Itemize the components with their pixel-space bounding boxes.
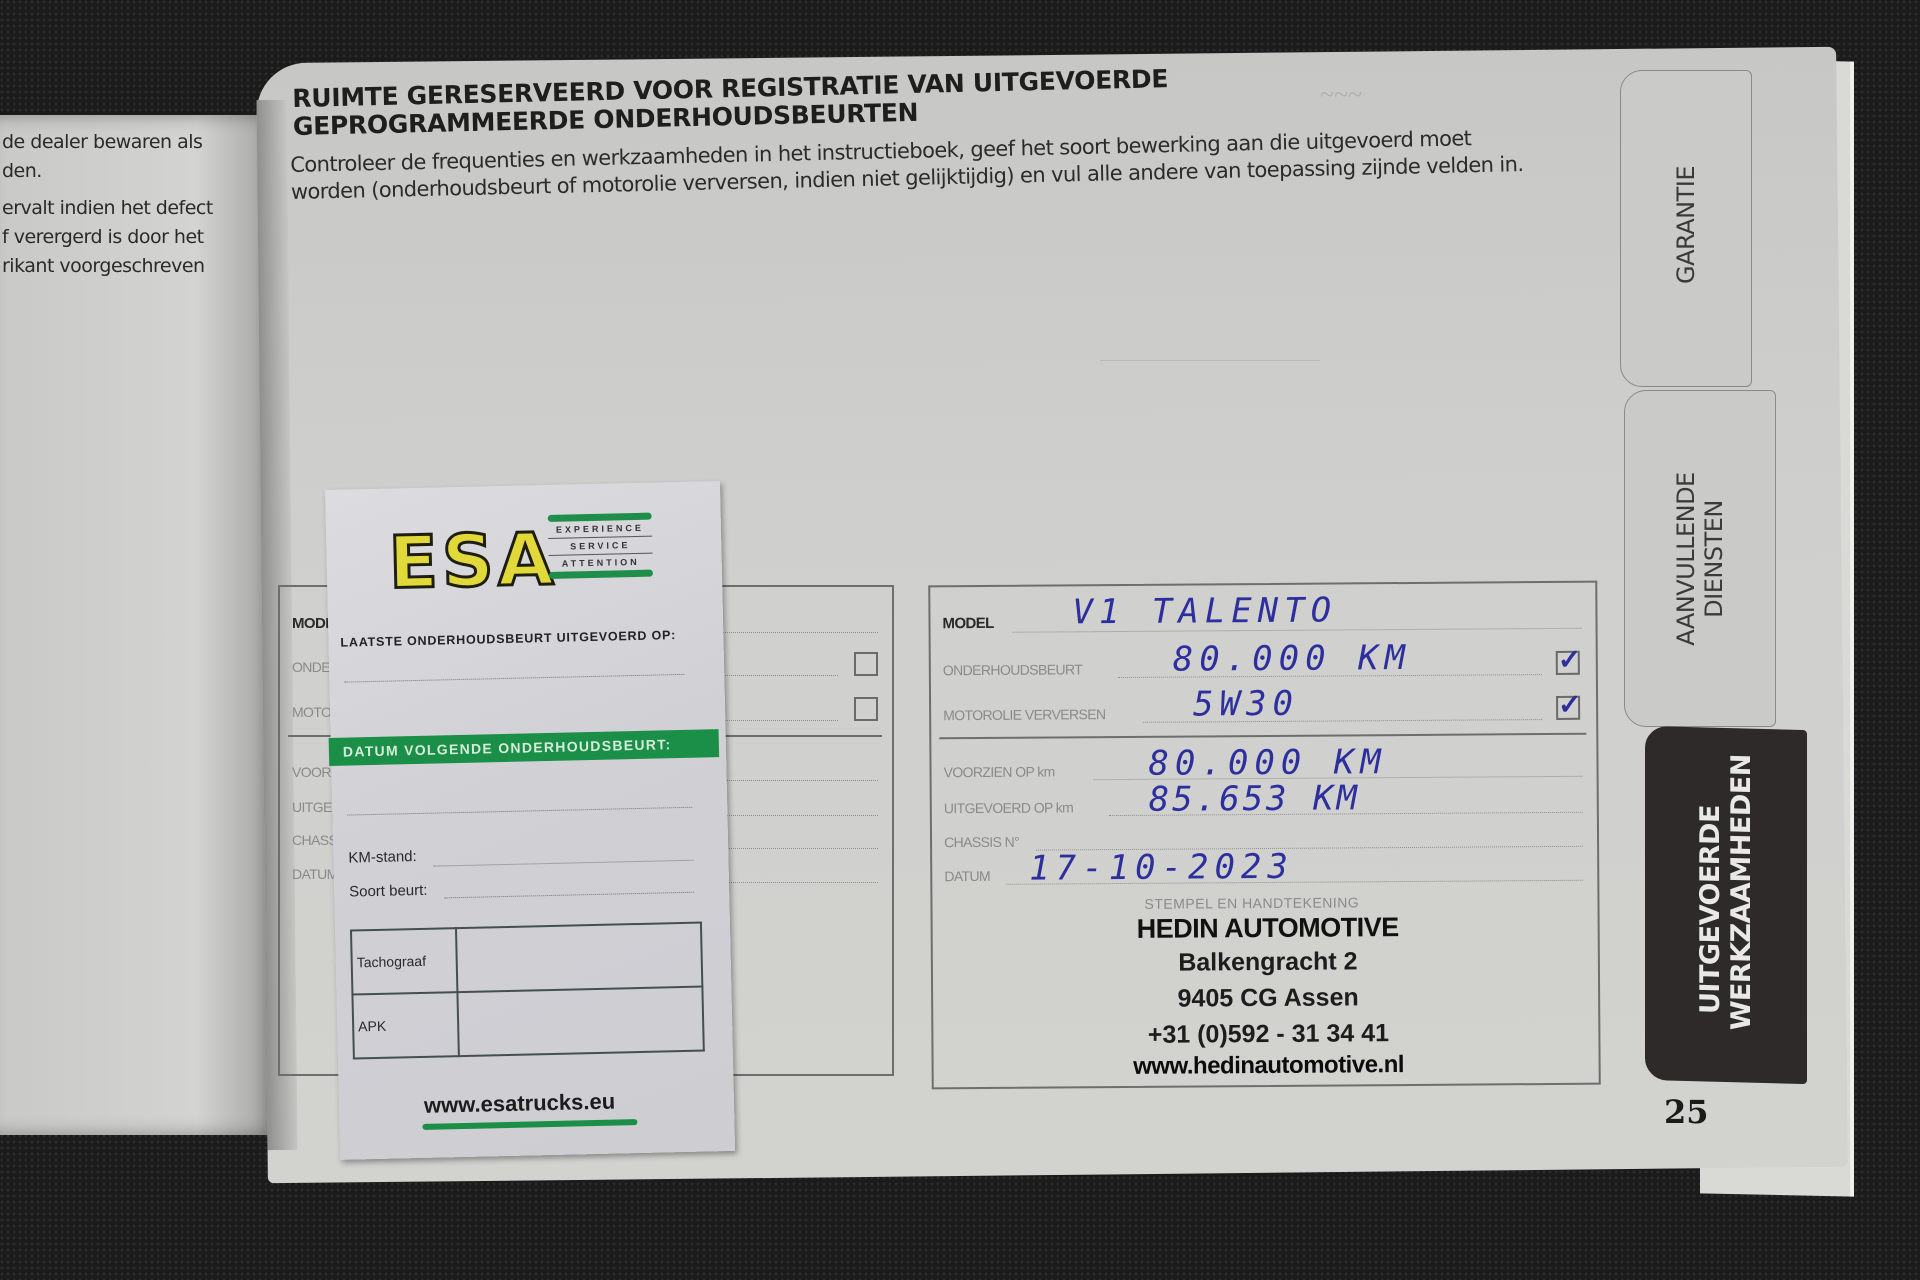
next-service-line[interactable] xyxy=(347,807,692,816)
esa-service-card: ESA EXPERIENCE SERVICE ATTENTION LAATSTE… xyxy=(325,481,735,1160)
left-page-text: de dealer bewaren als den. ervalt indien… xyxy=(2,130,213,283)
last-service-label: LAATSTE ONDERHOUDSBEURT UITGEVOERD OP: xyxy=(340,628,676,650)
km-stand-label: KM-stand: xyxy=(348,848,417,867)
tab-label: UITGEVOERDE WERKZAAMHEDEN xyxy=(1695,789,1757,1031)
url-underline-bar xyxy=(422,1119,637,1130)
esa-logo: ESA xyxy=(388,521,558,601)
field-label-chassis: CHASSIS N° xyxy=(944,834,1019,851)
onderhoudsbeurt-value[interactable]: 80.000 KM xyxy=(1173,638,1412,680)
stamp-city: 9405 CG Assen xyxy=(1123,979,1413,1017)
left-page: de dealer bewaren als den. ervalt indien… xyxy=(0,115,282,1135)
left-line: rikant voorgeschreven xyxy=(2,254,213,279)
tab-aanvullende-diensten[interactable]: AANVULLENDE DIENSTEN xyxy=(1624,390,1776,727)
checkmark-icon: ✓ xyxy=(1558,643,1582,676)
left-line: de dealer bewaren als xyxy=(2,130,213,155)
esa-inspection-table: Tachograaf APK xyxy=(350,922,705,1060)
field-label-model: MODEL xyxy=(942,615,993,632)
checkbox-motorolie[interactable] xyxy=(854,697,878,721)
checkmark-icon: ✓ xyxy=(1558,688,1582,721)
checkbox-onderhoudsbeurt[interactable] xyxy=(854,652,878,676)
field-label-voorzien: VOORZIEN OP km xyxy=(943,763,1054,780)
next-service-banner: DATUM VOLGENDE ONDERHOUDSBEURT: xyxy=(329,729,720,766)
soort-beurt-label: Soort beurt: xyxy=(349,882,428,901)
input-line[interactable] xyxy=(712,815,878,816)
form-separator xyxy=(939,733,1586,740)
stamp-phone: +31 (0)592 - 31 34 41 xyxy=(1123,1015,1413,1053)
input-line[interactable] xyxy=(712,720,838,721)
field-label-onderhoudsbeurt: ONDERHOUDSBEURT xyxy=(943,661,1082,678)
uitgevoerd-value[interactable]: 85.653 KM xyxy=(1149,778,1361,819)
stamp-street: Balkengracht 2 xyxy=(1123,943,1413,981)
tab-uitgevoerde-werkzaamheden[interactable]: UITGEVOERDE WERKZAAMHEDEN xyxy=(1645,726,1807,1084)
tab-label: GARANTIE xyxy=(1672,125,1700,325)
esa-website-link[interactable]: www.esatrucks.eu xyxy=(424,1089,616,1119)
stamp-caption: STEMPEL EN HANDTEKENING xyxy=(1144,894,1359,911)
bleed-through-mark: ~~~ xyxy=(1320,80,1362,110)
last-service-line[interactable] xyxy=(344,674,684,683)
field-label-onderhoudsbeurt: ONDE xyxy=(292,659,330,675)
tab-garantie[interactable]: GARANTIE xyxy=(1620,70,1752,387)
table-value-tachograaf[interactable] xyxy=(456,923,702,993)
left-line: f verergerd is door het xyxy=(2,225,213,250)
soort-beurt-line[interactable] xyxy=(444,892,694,899)
input-line[interactable] xyxy=(712,848,878,849)
field-label-motorolie: MOTO xyxy=(292,704,331,720)
stamp-dealer-name: HEDIN AUTOMOTIVE xyxy=(1123,912,1413,945)
model-value[interactable]: V1 TALENTO xyxy=(1072,590,1337,632)
checkbox-onderhoudsbeurt[interactable]: ✓ xyxy=(1556,651,1580,675)
maintenance-form-filled: MODEL V1 TALENTO ONDERHOUDSBEURT 80.000 … xyxy=(928,581,1601,1090)
tab-label: AANVULLENDE DIENSTEN xyxy=(1672,459,1728,659)
input-line[interactable] xyxy=(712,632,878,633)
input-line[interactable] xyxy=(712,780,878,781)
input-line[interactable] xyxy=(712,882,878,883)
table-row: APK xyxy=(352,987,703,1059)
esa-tagline: EXPERIENCE SERVICE ATTENTION xyxy=(548,513,653,579)
page-number: 25 xyxy=(1664,1093,1709,1131)
field-label-datum: DATUM xyxy=(292,866,338,882)
table-row: Tachograaf xyxy=(351,923,702,995)
km-stand-line[interactable] xyxy=(434,860,694,867)
field-label-motorolie: MOTOROLIE VERVERSEN xyxy=(943,706,1105,723)
field-label-uitgevoerd: UITGEVOERD OP km xyxy=(944,799,1073,816)
field-label-datum: DATUM xyxy=(944,868,990,884)
table-value-apk[interactable] xyxy=(457,987,703,1057)
left-line: ervalt indien het defect xyxy=(2,196,213,221)
left-line: den. xyxy=(2,159,213,184)
table-label-tachograaf: Tachograaf xyxy=(351,928,457,994)
checkbox-motorolie[interactable]: ✓ xyxy=(1556,696,1580,720)
tagline-word: ATTENTION xyxy=(549,554,653,572)
table-label-apk: APK xyxy=(352,992,458,1058)
dealer-stamp: HEDIN AUTOMOTIVE Balkengracht 2 9405 CG … xyxy=(1123,912,1414,1081)
datum-value[interactable]: 17-10-2023 xyxy=(1029,847,1294,889)
bleed-through-stamp xyxy=(1100,360,1320,471)
input-line[interactable] xyxy=(712,675,838,676)
motorolie-value[interactable]: 5W30 xyxy=(1193,684,1299,725)
stamp-website: www.hedinautomotive.nl xyxy=(1124,1051,1414,1081)
